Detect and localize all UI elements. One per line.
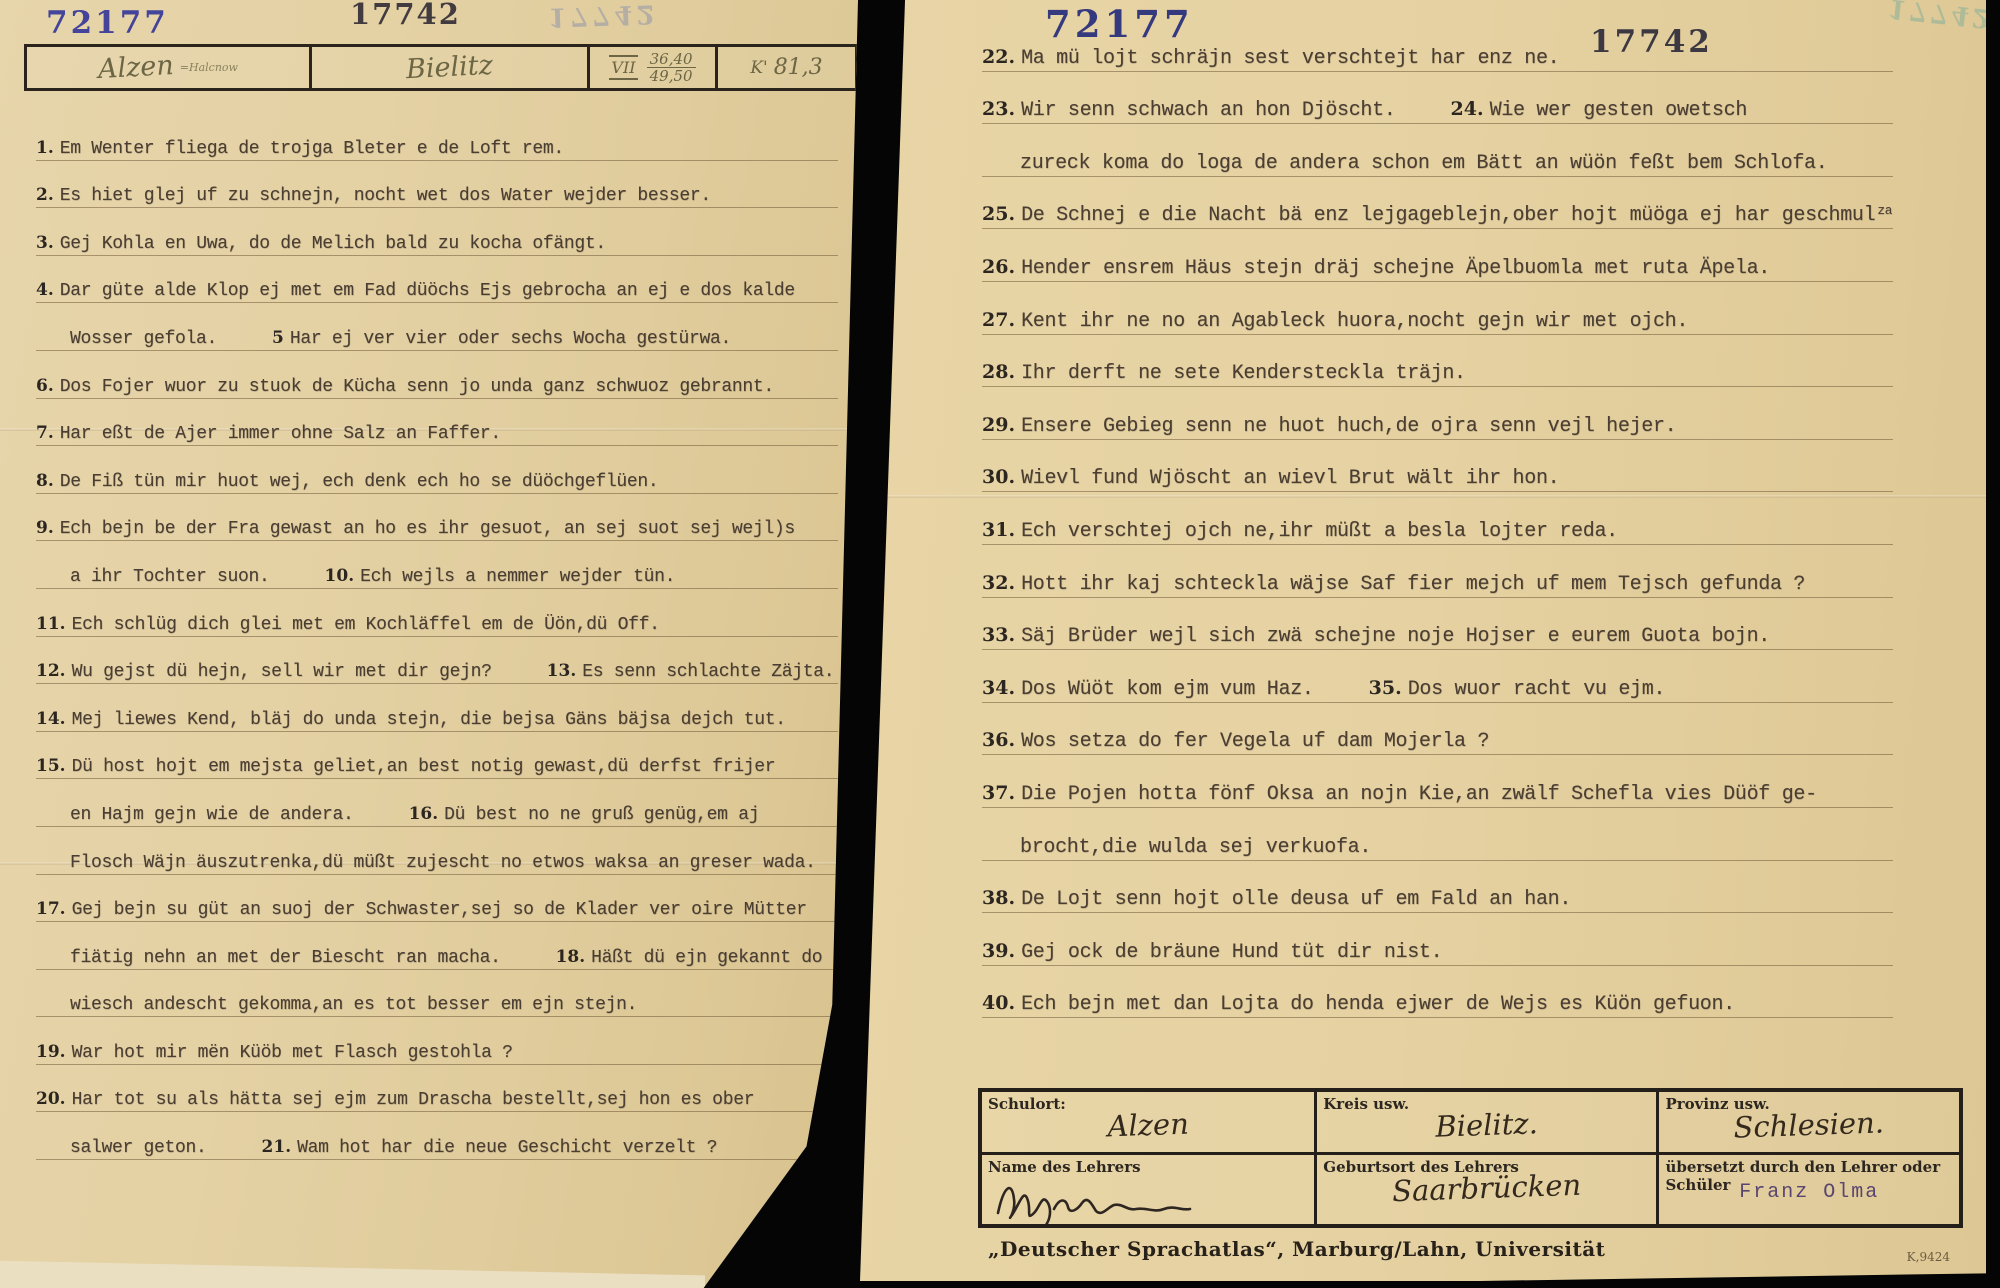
sentence-segment: 31.Ech verschtej ojch ne,ihr müßt a besl…	[982, 523, 1618, 541]
sentence-text: Gej ock de bräune Hund tüt dir nist.	[1021, 941, 1442, 964]
sentence-text: Wu gejst dü hejn, sell wir met dir gejn?	[72, 662, 492, 682]
sentence-text: Wosser gefola.	[70, 329, 217, 349]
sentence-text: salwer geton.	[70, 1138, 207, 1158]
sentence-row: 34.Dos Wüöt kom ejm vum Haz.35.Dos wuor …	[982, 655, 1897, 708]
form-field: Name des Lehrers	[982, 1152, 1314, 1224]
sentence-row: 12.Wu gejst dü hejn, sell wir met dir ge…	[36, 642, 842, 690]
sentence-row: 8.De Fiß tün mir huot wej, ech denk ech …	[36, 451, 842, 499]
sentence-row: wiesch andescht gekomma,an es tot besser…	[36, 975, 842, 1023]
sentence-segment: brocht,die wulda sej verkuofa.	[1020, 839, 1371, 857]
sentence-segment: 24.Wie wer gesten owetsch	[1451, 102, 1748, 120]
sentence-number: 11.	[36, 614, 66, 634]
sentence-text: Gej Kohla en Uwa, do de Melich bald zu k…	[60, 234, 606, 254]
sentence-segment: 20.Har tot su als hätta sej ejm zum Dras…	[36, 1091, 754, 1109]
sentence-text: Dos Fojer wuor zu stuok de Kücha senn jo…	[60, 377, 774, 397]
sentence-text: Ensere Gebieg senn ne huot huch,de ojra …	[1021, 415, 1676, 438]
sentence-number: 2.	[36, 185, 54, 205]
sentence-segment: 40.Ech bejn met dan Lojta do henda ejwer…	[982, 996, 1735, 1014]
sentence-row: brocht,die wulda sej verkuofa.	[982, 813, 1897, 866]
form-field: Provinz usw.Schlesien.	[1656, 1092, 1959, 1152]
sentence-number: 25.	[982, 203, 1015, 225]
sentence-number: 8.	[36, 471, 54, 491]
sentence-row: 14.Mej liewes Kend, bläj do unda stejn, …	[36, 689, 842, 737]
sentence-number: 38.	[982, 887, 1015, 909]
code-fraction: 36,40 49,50	[647, 51, 696, 85]
sentence-number: 19.	[36, 1042, 66, 1062]
sentence-row: 15.Dü host hojt em mejsta geliet,an best…	[36, 737, 842, 785]
sentence-segment: 11.Ech schlüg dich glei met em Kochläffe…	[36, 616, 660, 634]
sentence-text: De Lojt senn hojt olle deusa uf em Fald …	[1021, 888, 1571, 911]
sentence-text: Mej liewes Kend, bläj do unda stejn, die…	[72, 710, 786, 730]
sentence-text: Har eßt de Ajer immer ohne Salz an Faffe…	[60, 424, 501, 444]
sentence-row: 9.Ech bejn be der Fra gewast an ho es ih…	[36, 499, 842, 547]
sentence-text: Wam hot har die neue Geschicht verzelt ?	[297, 1138, 717, 1158]
sentence-number: 28.	[982, 361, 1015, 383]
sentence-text: De Schnej e die Nacht bä enz lejgageblej…	[1021, 204, 1875, 227]
offset-stamp-ghost: 17742	[1887, 0, 1995, 33]
print-plate-code: K,9424	[1907, 1250, 1950, 1264]
sentence-number: 37.	[982, 782, 1015, 804]
sentence-segment: 23.Wir senn schwach an hon Djöscht.	[982, 102, 1396, 120]
sentence-row: fiätig nehn an met der Biescht ran macha…	[36, 927, 842, 975]
sentence-number: 29.	[982, 414, 1015, 436]
form-field-value-typed: Franz Olma	[1659, 1181, 1959, 1204]
sentence-text: Ech bejn met dan Lojta do henda ejwer de…	[1021, 993, 1735, 1016]
sentence-text: Wievl fund Wjöscht an wievl Brut wält ih…	[1021, 467, 1559, 490]
sentence-number: 15.	[36, 756, 66, 776]
sentence-row: 1.Em Wenter fliega de trojga Bleter e de…	[36, 118, 842, 166]
sentence-row: 33.Säj Brüder wejl sich zwä schejne noje…	[982, 603, 1897, 656]
sentence-number: 10.	[325, 566, 355, 586]
sentence-segment: wiesch andescht gekomma,an es tot besser…	[70, 996, 637, 1014]
sentence-row: en Hajm gejn wie de andera.16.Dü best no…	[36, 784, 842, 832]
sentence-segment: 17.Gej bejn su güt an suoj der Schwaster…	[36, 901, 807, 919]
sentence-row: 40.Ech bejn met dan Lojta do henda ejwer…	[982, 971, 1897, 1024]
sentence-text: fiätig nehn an met der Biescht ran macha…	[70, 948, 501, 968]
sentence-number: 32.	[982, 572, 1015, 594]
sentence-number: 14.	[36, 709, 66, 729]
header-cell-district: Bielitz	[309, 47, 587, 88]
sentence-number: 21.	[262, 1137, 292, 1157]
record-number-stamp: 17742	[350, 0, 461, 31]
sentence-segment: 34.Dos Wüöt kom ejm vum Haz.	[982, 681, 1314, 699]
sentence-text: Ech wejls a nemmer wejder tün.	[360, 567, 675, 587]
sentence-segment: 3.Gej Kohla en Uwa, do de Melich bald zu…	[36, 235, 606, 253]
school-info-form: Schulort:AlzenKreis usw.Bielitz.Provinz …	[978, 1088, 1963, 1228]
sentence-number: 1.	[36, 138, 54, 158]
sentence-row: 23.Wir senn schwach an hon Djöscht.24.Wi…	[982, 77, 1897, 130]
sentence-segment: 33.Säj Brüder wejl sich zwä schejne noje…	[982, 628, 1770, 646]
under-sheet	[0, 1246, 705, 1288]
sentence-segment: a ihr Tochter suon.	[70, 568, 270, 586]
sentence-text: Dar güte alde Klop ej met em Fad düöchs …	[60, 281, 795, 301]
sentence-text: Har ej ver vier oder sechs Wocha gestürw…	[290, 329, 731, 349]
sentence-text: Ech schlüg dich glei met em Kochläffel e…	[72, 615, 660, 635]
sentence-number: 3.	[36, 233, 54, 253]
sentence-number: 7.	[36, 423, 54, 443]
sentence-text: Ihr derft ne sete Kendersteckla träjn.	[1021, 362, 1466, 385]
sentence-text: brocht,die wulda sej verkuofa.	[1020, 836, 1371, 859]
sentence-segment: 6.Dos Fojer wuor zu stuok de Kücha senn …	[36, 378, 774, 396]
sentence-segment: 1.Em Wenter fliega de trojga Bleter e de…	[36, 140, 564, 158]
sentence-row: 17.Gej bejn su güt an suoj der Schwaster…	[36, 880, 842, 928]
sentence-number: 20.	[36, 1089, 66, 1109]
district-name-handwritten: Bielitz	[405, 50, 493, 86]
sentence-segment: 8.De Fiß tün mir huot wej, ech denk ech …	[36, 473, 658, 491]
header-cell-place: Alzen =Halcnow	[27, 47, 309, 88]
sentence-row: 25.De Schnej e die Nacht bä enz lejgageb…	[982, 182, 1897, 235]
sentence-row: 32.Hott ihr kaj schteckla wäjse Saf fier…	[982, 550, 1897, 603]
sentence-text: Ma mü lojt schräjn sest verschtejt har e…	[1021, 47, 1559, 70]
sentence-number: 5	[272, 328, 284, 348]
sentence-number: 9.	[36, 518, 54, 538]
sentence-segment: fiätig nehn an met der Biescht ran macha…	[70, 949, 501, 967]
sentence-segment: 37.Die Pojen hotta fönf Oksa an nojn Kie…	[982, 786, 1817, 804]
sentence-text: Wie wer gesten owetsch	[1490, 99, 1747, 122]
sentence-text: Em Wenter fliega de trojga Bleter e de L…	[60, 139, 564, 159]
code-fraction-bottom: 49,50	[650, 67, 693, 85]
sentence-text-superscript: za	[1877, 203, 1892, 218]
header-cell-code: VII 36,40 49,50	[587, 47, 715, 88]
sentence-segment: 12.Wu gejst dü hejn, sell wir met dir ge…	[36, 663, 492, 681]
sentence-segment: 25.De Schnej e die Nacht bä enz lejgageb…	[982, 207, 1892, 225]
sentence-number: 22.	[982, 46, 1015, 68]
sentence-text: De Fiß tün mir huot wej, ech denk ech ho…	[60, 472, 659, 492]
form-field: übersetzt durch den Lehrer oder SchülerF…	[1656, 1152, 1959, 1224]
place-note-pencil: =Halcnow	[180, 61, 238, 74]
sentence-text: Dü best no ne gruß genüg,em aj	[444, 805, 759, 825]
sentence-row: 22.Ma mü lojt schräjn sest verschtejt ha…	[982, 24, 1897, 77]
sentence-number: 18.	[556, 947, 586, 967]
sentence-text: War hot mir mën Küöb met Flasch gestohla…	[72, 1043, 513, 1063]
sentence-row: Flosch Wäjn äuszutrenka,dü müßt zujescht…	[36, 832, 842, 880]
sentence-row: 3.Gej Kohla en Uwa, do de Melich bald zu…	[36, 213, 842, 261]
sentence-segment: 10.Ech wejls a nemmer wejder tün.	[325, 568, 676, 586]
k-label: K'	[750, 58, 767, 78]
sentence-row: 29.Ensere Gebieg senn ne huot huch,de oj…	[982, 392, 1897, 445]
sentence-segment: Wosser gefola.	[70, 330, 217, 348]
sentence-segment: 7.Har eßt de Ajer immer ohne Salz an Faf…	[36, 425, 501, 443]
sentence-number: 34.	[982, 677, 1015, 699]
sentence-number: 16.	[409, 804, 439, 824]
sentence-segment: 15.Dü host hojt em mejsta geliet,an best…	[36, 758, 775, 776]
sentence-row: 11.Ech schlüg dich glei met em Kochläffe…	[36, 594, 842, 642]
sentence-text: a ihr Tochter suon.	[70, 567, 270, 587]
sentence-number: 12.	[36, 661, 66, 681]
sentence-row: 30.Wievl fund Wjöscht an wievl Brut wält…	[982, 445, 1897, 498]
sentence-text: Hender ensrem Häus stejn dräj schejne Äp…	[1021, 257, 1770, 280]
sentence-number: 17.	[36, 899, 66, 919]
sentence-row: 37.Die Pojen hotta fönf Oksa an nojn Kie…	[982, 760, 1897, 813]
sentence-segment: 36.Wos setza do fer Vegela uf dam Mojerl…	[982, 733, 1489, 751]
sentence-text: Die Pojen hotta fönf Oksa an nojn Kie,an…	[1021, 783, 1817, 806]
sentence-number: 27.	[982, 309, 1015, 331]
sentence-text: Har tot su als hätta sej ejm zum Drascha…	[72, 1090, 755, 1110]
sentence-row: 36.Wos setza do fer Vegela uf dam Mojerl…	[982, 708, 1897, 761]
header-cell-k-number: K' 81,3	[715, 47, 855, 88]
sentence-row: 7.Har eßt de Ajer immer ohne Salz an Faf…	[36, 404, 842, 452]
sentence-segment: 16.Dü best no ne gruß genüg,em aj	[409, 806, 760, 824]
sentence-segment: 22.Ma mü lojt schräjn sest verschtejt ha…	[982, 50, 1559, 68]
sentence-text: Ech bejn be der Fra gewast an ho es ihr …	[60, 519, 795, 539]
sentence-segment: 39.Gej ock de bräune Hund tüt dir nist.	[982, 944, 1442, 962]
document-scan: 72177 17742 17742 Alzen =Halcnow Bielitz…	[0, 0, 2000, 1288]
sentence-segment: 28.Ihr derft ne sete Kendersteckla träjn…	[982, 365, 1466, 383]
sentence-segment: 30.Wievl fund Wjöscht an wievl Brut wält…	[982, 470, 1559, 488]
sentence-row: salwer geton.21.Wam hot har die neue Ges…	[36, 1117, 842, 1165]
sentence-segment: 14.Mej liewes Kend, bläj do unda stejn, …	[36, 711, 786, 729]
sentence-row: 4.Dar güte alde Klop ej met em Fad düöch…	[36, 261, 842, 309]
sentence-segment: 38.De Lojt senn hojt olle deusa uf em Fa…	[982, 891, 1571, 909]
sentence-number: 39.	[982, 940, 1015, 962]
sentence-number: 24.	[1451, 98, 1484, 120]
sentence-text: Wir senn schwach an hon Djöscht.	[1021, 99, 1395, 122]
sentence-segment: 26.Hender ensrem Häus stejn dräj schejne…	[982, 260, 1770, 278]
sentence-number: 23.	[982, 98, 1015, 120]
sentence-row: 31.Ech verschtej ojch ne,ihr müßt a besl…	[982, 497, 1897, 550]
sentence-text: Kent ihr ne no an Agableck huora,nocht g…	[1021, 310, 1688, 333]
sentence-text: Dos wuor racht vu ejm.	[1408, 678, 1665, 701]
sentence-segment: 27.Kent ihr ne no an Agableck huora,noch…	[982, 313, 1688, 331]
code-fraction-top: 36,40	[647, 51, 696, 69]
sentence-row: 26.Hender ensrem Häus stejn dräj schejne…	[982, 234, 1897, 287]
sentence-text: Es hiet glej uf zu schnejn, nocht wet do…	[60, 186, 711, 206]
sentence-row: 2.Es hiet glej uf zu schnejn, nocht wet …	[36, 166, 842, 214]
sentence-segment: 35.Dos wuor racht vu ejm.	[1369, 681, 1666, 699]
sentences-1-21: 1.Em Wenter fliega de trojga Bleter e de…	[36, 118, 842, 1165]
sentence-segment: 4.Dar güte alde Klop ej met em Fad düöch…	[36, 282, 795, 300]
sentence-text: Es senn schlachte Zäjta.	[582, 662, 834, 682]
sentence-segment: 19.War hot mir mën Küöb met Flasch gesto…	[36, 1044, 513, 1062]
form-field: Kreis usw.Bielitz.	[1314, 1092, 1656, 1152]
sentence-text: Dü host hojt em mejsta geliet,an best no…	[72, 757, 776, 777]
form-field: Geburtsort des LehrersSaarbrücken	[1314, 1152, 1656, 1224]
code-roman-numeral: VII	[609, 55, 637, 80]
sentence-number: 36.	[982, 729, 1015, 751]
sentences-22-40: 22.Ma mü lojt schräjn sest verschtejt ha…	[982, 24, 1897, 1023]
sentence-number: 30.	[982, 466, 1015, 488]
sentence-row: 38.De Lojt senn hojt olle deusa uf em Fa…	[982, 866, 1897, 919]
sentence-text: Hott ihr kaj schteckla wäjse Saf fier me…	[1021, 573, 1805, 596]
sentence-segment: 9.Ech bejn be der Fra gewast an ho es ih…	[36, 520, 795, 538]
sentence-row: a ihr Tochter suon.10.Ech wejls a nemmer…	[36, 546, 842, 594]
form-field: Schulort:Alzen	[982, 1092, 1314, 1152]
place-name-handwritten: Alzen	[97, 50, 174, 85]
offset-stamp-ghost: 17742	[548, 0, 659, 32]
sentence-text: Flosch Wäjn äuszutrenka,dü müßt zujescht…	[70, 853, 816, 873]
sentence-segment: 2.Es hiet glej uf zu schnejn, nocht wet …	[36, 187, 711, 205]
sentence-segment: 21.Wam hot har die neue Geschicht verzel…	[262, 1139, 718, 1157]
sentence-row: 39.Gej ock de bräune Hund tüt dir nist.	[982, 918, 1897, 971]
sentence-segment: 18.Häßt dü ejn gekannt do	[556, 949, 823, 967]
sentence-row: 6.Dos Fojer wuor zu stuok de Kücha senn …	[36, 356, 842, 404]
sentence-row: 19.War hot mir mën Küöb met Flasch gesto…	[36, 1022, 842, 1070]
sentence-text: Ech verschtej ojch ne,ihr müßt a besla l…	[1021, 520, 1618, 543]
sentence-text: Gej bejn su güt an suoj der Schwaster,se…	[72, 900, 807, 920]
sentence-number: 33.	[982, 624, 1015, 646]
sentence-segment: 32.Hott ihr kaj schteckla wäjse Saf fier…	[982, 576, 1805, 594]
sentence-number: 13.	[547, 661, 577, 681]
sentence-row: Wosser gefola.5Har ej ver vier oder sech…	[36, 308, 842, 356]
sentence-text: wiesch andescht gekomma,an es tot besser…	[70, 995, 637, 1015]
sentence-number: 26.	[982, 256, 1015, 278]
sentence-number: 35.	[1369, 677, 1402, 699]
sentence-segment: 5Har ej ver vier oder sechs Wocha gestür…	[272, 330, 731, 348]
questionnaire-page-right: 72177 17742 17742 22.Ma mü lojt schräjn …	[860, 0, 1986, 1281]
sentence-row: zureck koma do loga de andera schon em B…	[982, 129, 1897, 182]
sentence-segment: en Hajm gejn wie de andera.	[70, 806, 354, 824]
sentence-text: Säj Brüder wejl sich zwä schejne noje Ho…	[1021, 625, 1770, 648]
header-box: Alzen =Halcnow Bielitz VII 36,40 49,50 K…	[24, 44, 858, 91]
sentence-segment: 13.Es senn schlachte Zäjta.	[547, 663, 835, 681]
sentence-number: 6.	[36, 376, 54, 396]
sentence-number: 4.	[36, 280, 54, 300]
sentence-segment: Flosch Wäjn äuszutrenka,dü müßt zujescht…	[70, 854, 816, 872]
sentence-text: Wos setza do fer Vegela uf dam Mojerla ?	[1021, 730, 1489, 753]
teacher-signature	[988, 1169, 1238, 1224]
sentence-text: Häßt dü ejn gekannt do	[591, 948, 822, 968]
sentence-row: 20.Har tot su als hätta sej ejm zum Dras…	[36, 1070, 842, 1118]
sentence-segment: zureck koma do loga de andera schon em B…	[1020, 155, 1827, 173]
questionnaire-page-left: 72177 17742 17742 Alzen =Halcnow Bielitz…	[0, 0, 858, 1288]
sentence-text: Dos Wüöt kom ejm vum Haz.	[1021, 678, 1314, 701]
sentence-row: 27.Kent ihr ne no an Agableck huora,noch…	[982, 287, 1897, 340]
sentence-number: 40.	[982, 992, 1015, 1014]
sentence-number: 31.	[982, 519, 1015, 541]
archive-number-stamp: 72177	[46, 5, 169, 41]
sentence-row: 28.Ihr derft ne sete Kendersteckla träjn…	[982, 340, 1897, 393]
sentence-segment: salwer geton.	[70, 1139, 207, 1157]
sentence-text: zureck koma do loga de andera schon em B…	[1020, 152, 1827, 175]
k-value: 81,3	[774, 55, 823, 80]
institution-imprint: „Deutscher Sprachatlas“, Marburg/Lahn, U…	[988, 1237, 1605, 1261]
sentence-text: en Hajm gejn wie de andera.	[70, 805, 354, 825]
sentence-segment: 29.Ensere Gebieg senn ne huot huch,de oj…	[982, 418, 1676, 436]
